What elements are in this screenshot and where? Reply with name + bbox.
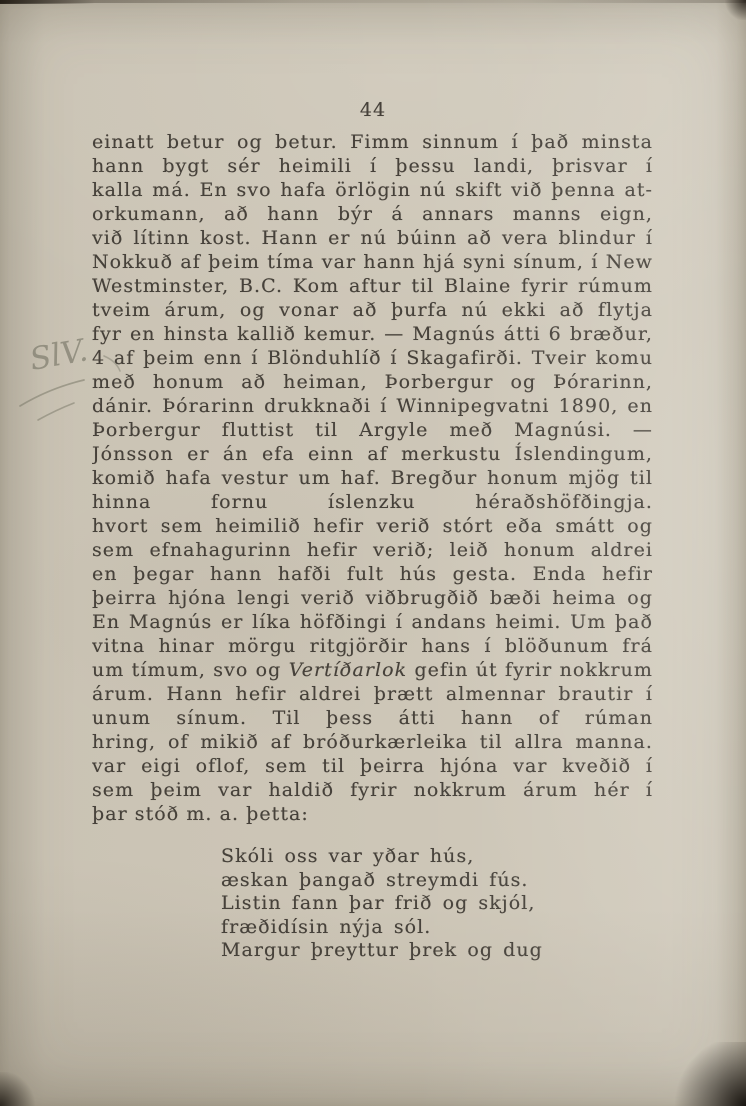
verse-line: Skóli oss var yðar hús, [221,845,543,869]
pencil-tail-stroke [104,356,120,371]
text-line: komið hafa vestur um haf. Bregður honum … [92,466,653,490]
verse-line: fræðidísin nýja sól. [221,916,543,940]
scan-top-right-corner-shadow [724,0,746,20]
text-line: En Magnús er líka höfðingi í andans heim… [92,610,653,634]
pencil-underline-stroke [38,403,74,420]
scan-top-left-dark-strip [0,0,95,4]
text-line: sem efnahagurinn hefir verið; leið honum… [92,538,653,562]
closing-line: þar stóð m. a. þetta: [92,802,653,826]
text-line: dánir. Þórarinn drukknaði í Winnipegvatn… [92,394,653,418]
text-line: Nokkuð af þeim tíma var hann hjá syni sí… [92,250,653,274]
body-text: einatt betur og betur. Fimm sinnum í það… [92,130,653,826]
text-segment: um tímum, svo og [92,659,289,681]
text-line-with-book-title: um tímum, svo og Vertíðarlok gefin út fy… [92,658,653,682]
scan-bottom-left-corner-shadow [0,1072,36,1106]
text-line: hann bygt sér heimili í þessu landi, þri… [92,154,653,178]
verse-line: Margur þreyttur þrek og dug [221,939,543,963]
text-line: hring, of mikið af bróðurkærleika til al… [92,730,653,754]
margin-note-handwriting: SlV. [18,326,148,456]
text-segment: gefin út fyrir nokkrum [407,659,653,681]
text-line: tveim árum, og vonar að þurfa nú ekki að… [92,298,653,322]
text-line: vitna hinar mörgu ritgjörðir hans í blöð… [92,634,653,658]
text-line: unum sínum. Til þess átti hann of rúman … [92,706,653,730]
text-line: með honum að heiman, Þorbergur og Þórari… [92,370,653,394]
page-number: 44 [0,99,746,121]
text-line: orkumann, að hann býr á annars manns eig… [92,202,653,226]
verse-line: Listin fann þar frið og skjól, [221,892,543,916]
text-line: þeirra hjóna lengi verið viðbrugðið bæði… [92,586,653,610]
text-line: sem þeim var haldið fyrir nokkrum árum h… [92,778,653,802]
margin-note-text: SlV. [27,332,90,378]
text-line: Jónsson er án efa einn af merkustu Íslen… [92,442,653,466]
text-line: var eigi oflof, sem til þeirra hjóna var… [92,754,653,778]
verse-line: æskan þangað streymdi fús. [221,869,543,893]
text-line: einatt betur og betur. Fimm sinnum í það… [92,130,653,154]
text-line: við lítinn kost. Hann er nú búinn að ver… [92,226,653,250]
text-line: Westminster, B.C. Kom aftur til Blaine f… [92,274,653,298]
text-line: Þorbergur fluttist til Argyle með Magnús… [92,418,653,442]
book-page-scan: 44 SlV. einatt betur og betur. Fimm sinn… [0,0,746,1106]
scan-bottom-right-corner-shadow [666,1042,746,1106]
text-line: hvort sem heimilið hefir verið stórt eða… [92,514,653,538]
scan-top-edge-shadow [0,0,746,3]
text-line: fyr en hinsta kallið kemur. — Magnús átt… [92,322,653,346]
text-line: árum. Hann hefir aldrei þrætt almennar b… [92,682,653,706]
text-line: 4 af þeim enn í Blönduhlíð í Skagafirði.… [92,346,653,370]
text-line: hinna fornu íslenzku héraðshöfðingja. Hý… [92,490,653,514]
book-title-italic: Vertíðarlok [289,659,407,681]
text-line: kalla má. En svo hafa örlögin nú skift v… [92,178,653,202]
verse-block: Skóli oss var yðar hús, æskan þangað str… [221,845,543,963]
pencil-flourish-stroke [20,380,84,406]
text-line: en þegar hann hafði fult hús gesta. Enda… [92,562,653,586]
